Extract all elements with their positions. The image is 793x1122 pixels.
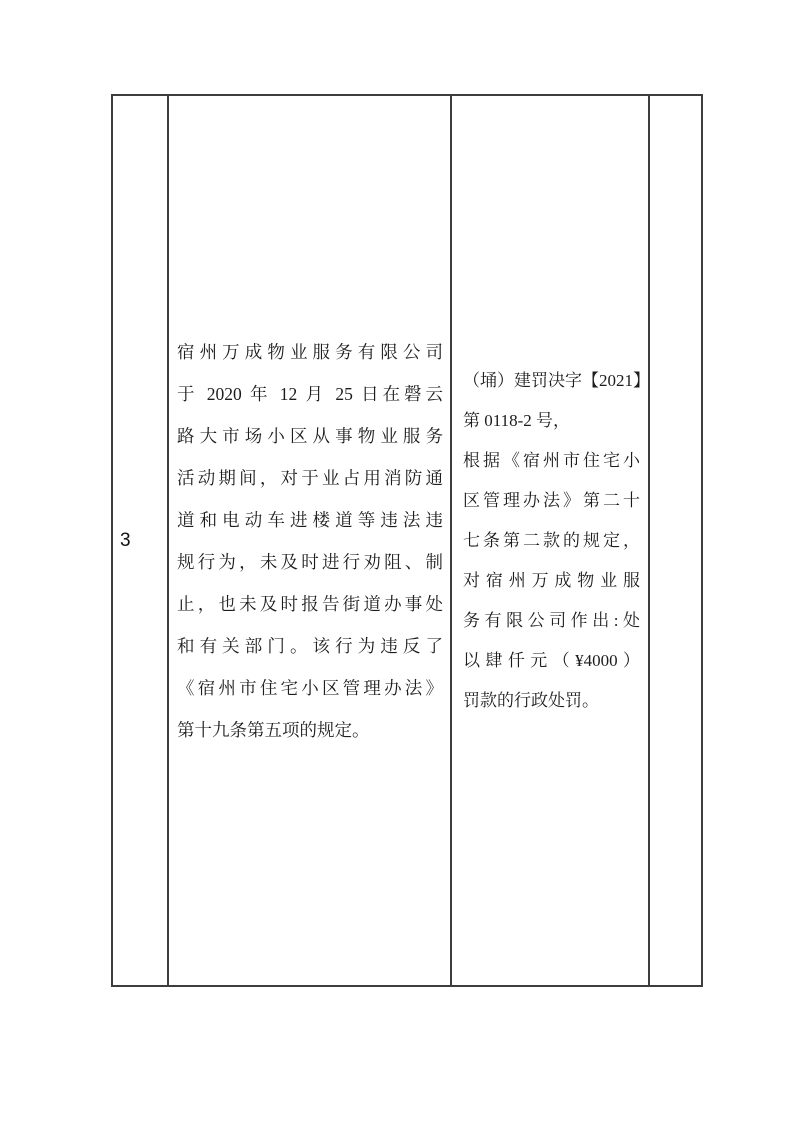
penalty-line: 罚款的行政处罚。 bbox=[452, 681, 648, 721]
violation-line: 第十九条第五项的规定。 bbox=[169, 709, 450, 751]
violation-line: 于 2020 年 12 月 25 日在磬云 bbox=[169, 373, 450, 415]
violation-line: 活动期间，对于业占用消防通 bbox=[169, 457, 450, 499]
penalty-line: 根据《宿州市住宅小 bbox=[452, 441, 648, 481]
violation-description-cell: 宿州万成物业服务有限公司 于 2020 年 12 月 25 日在磬云 路大市场小… bbox=[169, 96, 452, 985]
violation-line: 《宿州市住宅小区管理办法》 bbox=[169, 667, 450, 709]
penalty-line: 以肆仟元（¥4000） bbox=[452, 641, 648, 681]
violation-line: 和有关部门。该行为违反了 bbox=[169, 625, 450, 667]
violation-line: 规行为，未及时进行劝阻、制 bbox=[169, 541, 450, 583]
penalty-decision-cell: （埇）建罚决字【2021】 第 0118-2 号， 根据《宿州市住宅小 区管理办… bbox=[452, 96, 650, 985]
penalty-line: 第 0118-2 号， bbox=[452, 401, 648, 441]
penalty-line: （埇）建罚决字【2021】 bbox=[452, 361, 648, 401]
penalty-record-table: 3 宿州万成物业服务有限公司 于 2020 年 12 月 25 日在磬云 路大市… bbox=[111, 94, 703, 987]
violation-line: 止，也未及时报告街道办事处 bbox=[169, 583, 450, 625]
row-index-number: 3 bbox=[113, 530, 167, 552]
violation-line: 宿州万成物业服务有限公司 bbox=[169, 331, 450, 373]
penalty-line: 区管理办法》第二十 bbox=[452, 481, 648, 521]
row-index-cell: 3 bbox=[113, 96, 169, 985]
penalty-line: 务有限公司作出:处 bbox=[452, 601, 648, 641]
document-page: 3 宿州万成物业服务有限公司 于 2020 年 12 月 25 日在磬云 路大市… bbox=[0, 0, 793, 1122]
empty-cell bbox=[650, 96, 701, 985]
penalty-line: 对宿州万成物业服 bbox=[452, 561, 648, 601]
penalty-line: 七条第二款的规定， bbox=[452, 521, 648, 561]
violation-line: 道和电动车进楼道等违法违 bbox=[169, 499, 450, 541]
violation-line: 路大市场小区从事物业服务 bbox=[169, 415, 450, 457]
